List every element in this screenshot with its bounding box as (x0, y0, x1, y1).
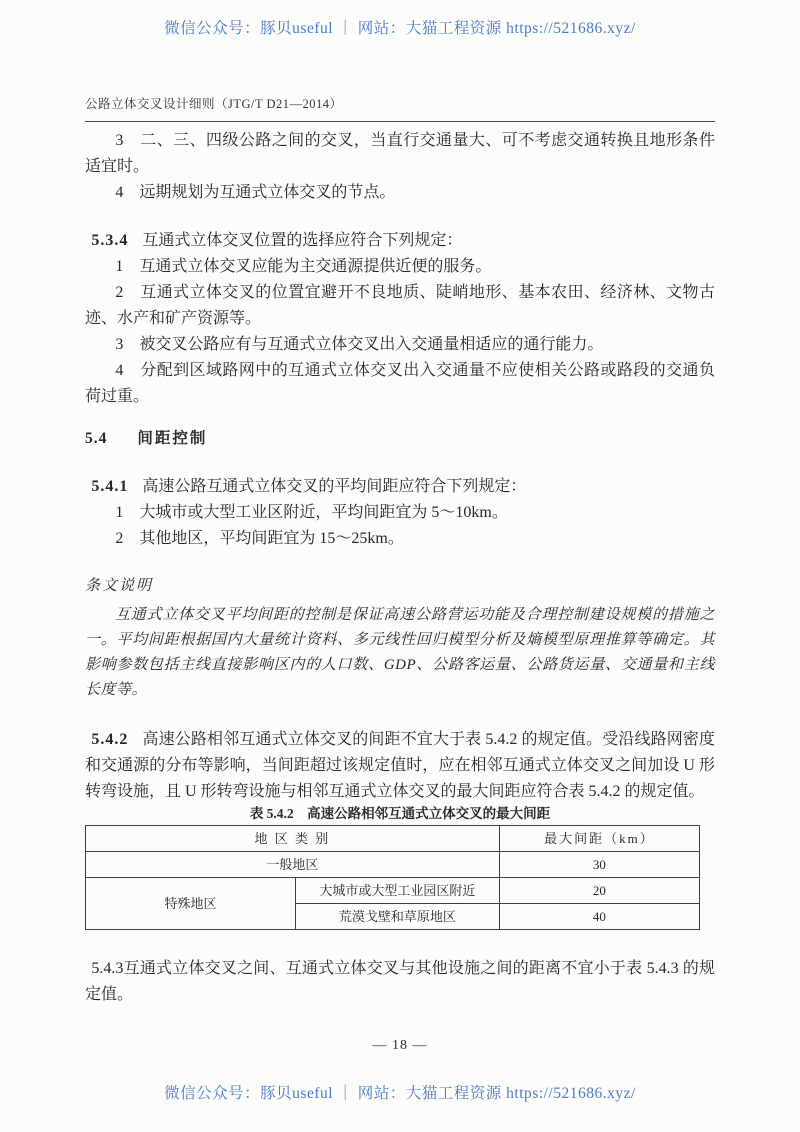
commentary-paragraph: 互通式立体交叉平均间距的控制是保证高速公路营运功能及合理控制建设规模的措施之一。… (85, 603, 715, 703)
running-header-title: 公路立体交叉设计细则（JTG/T D21—2014） (85, 96, 715, 112)
clause-heading-text: 互通式立体交叉位置的选择应符合下列规定： (142, 232, 462, 249)
cell-special-sub2-value: 40 (499, 904, 699, 930)
watermark-bottom: 微信公众号：豚贝useful ｜ 网站：大猫工程资源 https://52168… (0, 1083, 800, 1105)
page-body: 3 二、三、四级公路之间的交叉，当直行交通量大、可不考虑交通转换且地形条件适宜时… (85, 128, 715, 1008)
header-rule (85, 121, 715, 122)
clause-5-4-2-paragraph: 5.4.2高速公路相邻互通式立体交叉的间距不宜大于表 5.4.2 的规定值。受沿… (85, 727, 715, 805)
cell-general-region-label: 一般地区 (86, 852, 500, 878)
table-header-region: 地 区 类 别 (86, 826, 500, 852)
cell-special-region-label: 特殊地区 (86, 878, 296, 930)
commentary-label: 条文说明 (85, 574, 715, 599)
page-number: — 18 — (0, 1036, 800, 1056)
clause-body-text: 互通式立体交叉之间、互通式立体交叉与其他设施之间的距离不宜小于表 5.4.3 的… (85, 960, 715, 1003)
table-header-max-spacing: 最大间距（km） (499, 826, 699, 852)
table-5-4-2: 地 区 类 别 最大间距（km） 一般地区 30 特殊地区 大城市或大型工业园区… (85, 825, 700, 930)
cell-special-sub2-label: 荒漠戈壁和草原地区 (295, 904, 499, 930)
section-number: 5.4 (85, 430, 107, 447)
clause-number: 5.4.2 (91, 731, 128, 748)
clause-5-4-1-item-2: 2 其他地区，平均间距宜为 15～25km。 (85, 526, 715, 552)
cell-special-sub1-label: 大城市或大型工业园区附近 (295, 878, 499, 904)
cell-special-sub1-value: 20 (499, 878, 699, 904)
table-row-general: 一般地区 30 (86, 852, 700, 878)
clause-heading-text: 高速公路互通式立体交叉的平均间距应符合下列规定： (142, 478, 526, 495)
cell-general-region-value: 30 (499, 852, 699, 878)
section-5-4-heading: 5.4间距控制 (85, 426, 715, 452)
clause-number: 5.4.1 (91, 478, 128, 495)
paragraph-item-4: 4 远期规划为互通式立体交叉的节点。 (85, 180, 715, 206)
clause-number: 5.3.4 (91, 232, 128, 249)
clause-5-4-3-paragraph: 5.4.3互通式立体交叉之间、互通式立体交叉与其他设施之间的距离不宜小于表 5.… (85, 956, 715, 1008)
table-row-special-1: 特殊地区 大城市或大型工业园区附近 20 (86, 878, 700, 904)
clause-5-4-1-item-1: 1 大城市或大型工业区附近，平均间距宜为 5～10km。 (85, 500, 715, 526)
paragraph-item-3: 3 二、三、四级公路之间的交叉，当直行交通量大、可不考虑交通转换且地形条件适宜时… (85, 128, 715, 180)
clause-body-text: 高速公路相邻互通式立体交叉的间距不宜大于表 5.4.2 的规定值。受沿线路网密度… (85, 731, 715, 800)
section-title: 间距控制 (137, 430, 207, 447)
clause-5-3-4-heading: 5.3.4互通式立体交叉位置的选择应符合下列规定： (85, 228, 715, 254)
table-5-4-2-title: 表 5.4.2 高速公路相邻互通式立体交叉的最大间距 (85, 805, 715, 823)
clause-5-3-4-item-4: 4 分配到区域路网中的互通式立体交叉出入交通量不应使相关公路或路段的交通负荷过重… (85, 358, 715, 410)
clause-5-3-4-item-1: 1 互通式立体交叉应能为主交通源提供近便的服务。 (85, 254, 715, 280)
clause-5-3-4-item-2: 2 互通式立体交叉的位置宜避开不良地质、陡峭地形、基本农田、经济林、文物古迹、水… (85, 280, 715, 332)
clause-number: 5.4.3 (91, 960, 123, 977)
watermark-top: 微信公众号：豚贝useful ｜ 网站：大猫工程资源 https://52168… (0, 18, 800, 40)
table-header-row: 地 区 类 别 最大间距（km） (86, 826, 700, 852)
document-page: 微信公众号：豚贝useful ｜ 网站：大猫工程资源 https://52168… (0, 0, 800, 1132)
clause-5-4-1-heading: 5.4.1高速公路互通式立体交叉的平均间距应符合下列规定： (85, 474, 715, 500)
clause-5-3-4-item-3: 3 被交叉公路应有与互通式立体交叉出入交通量相适应的通行能力。 (85, 332, 715, 358)
